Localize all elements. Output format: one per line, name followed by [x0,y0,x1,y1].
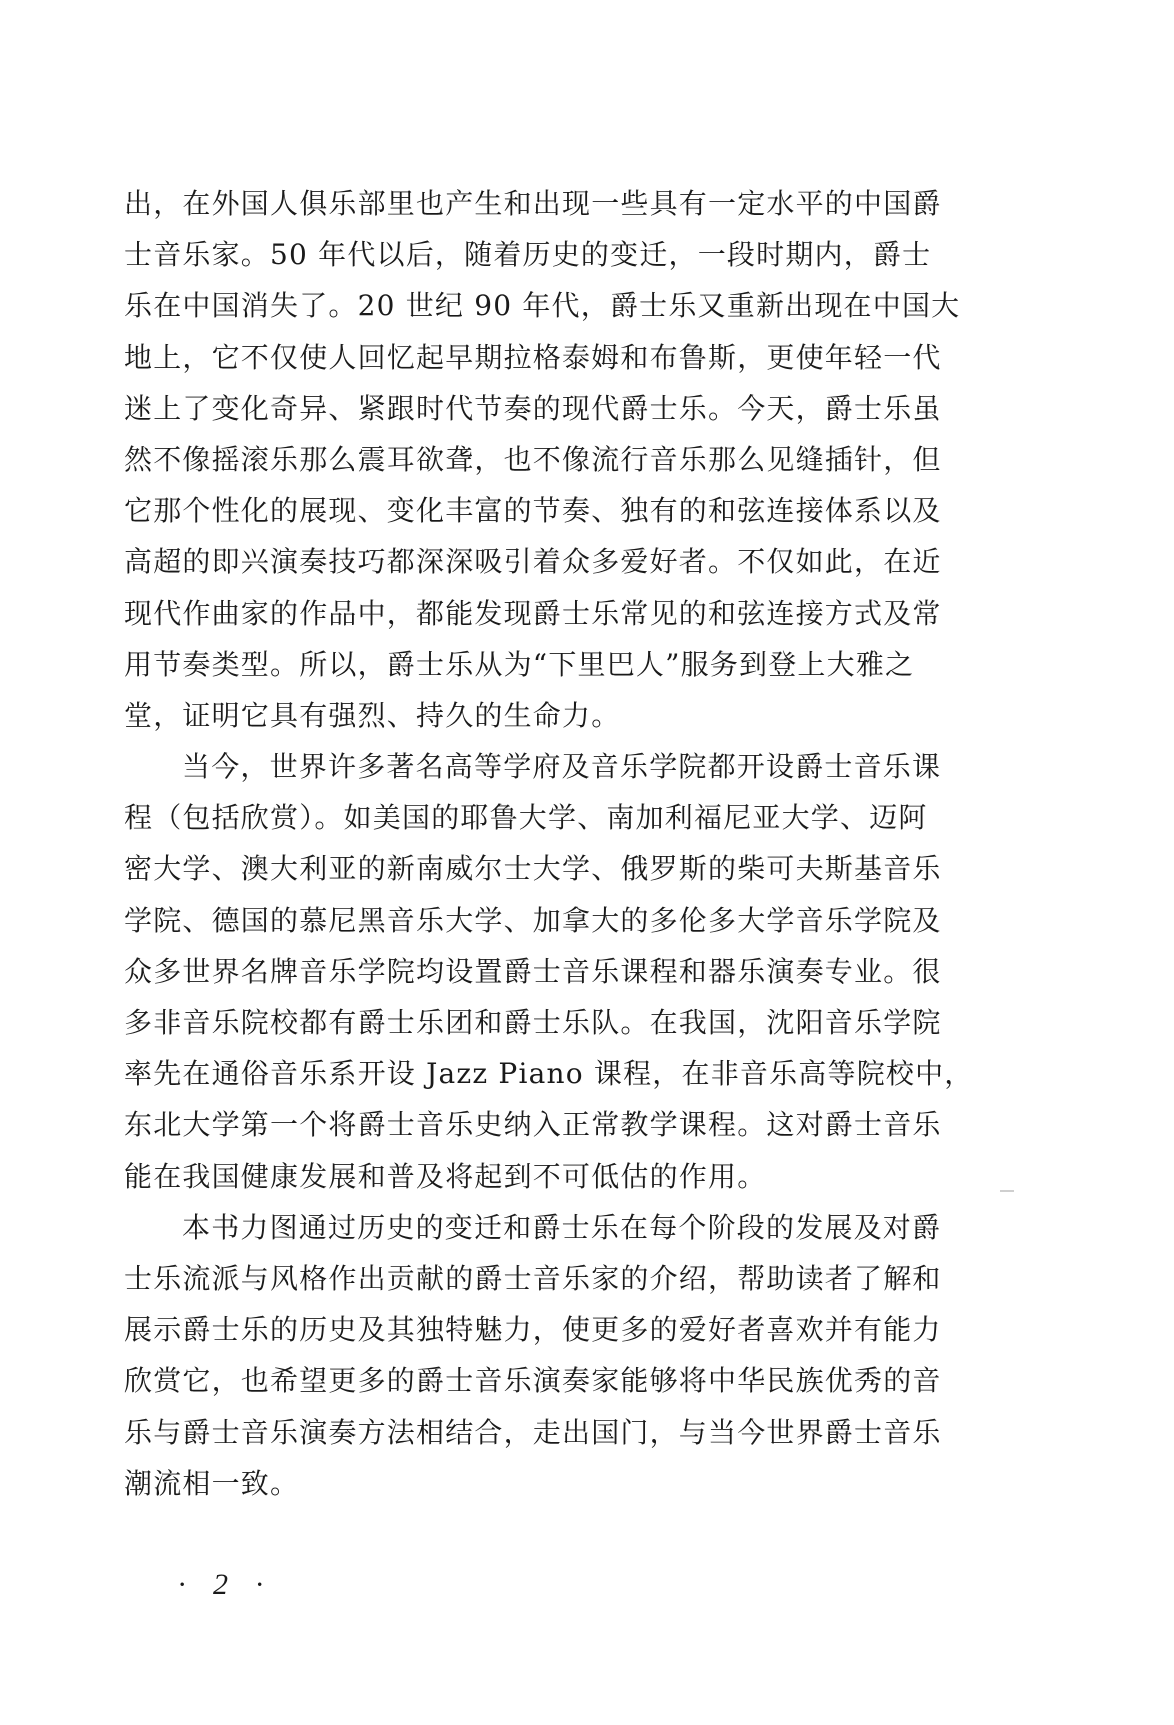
text-line: 多非音乐院校都有爵士乐团和爵士乐队。在我国，沈阳音乐学院 [124,997,934,1048]
text-line: 众多世界名牌音乐学院均设置爵士音乐课程和器乐演奏专业。很 [124,946,934,997]
text-line: 现代作曲家的作品中，都能发现爵士乐常见的和弦连接方式及常 [124,588,934,639]
text-line: 欣赏它，也希望更多的爵士音乐演奏家能够将中华民族优秀的音 [124,1355,934,1406]
text-line: 潮流相一致。 [124,1458,934,1509]
text-line: 率先在通俗音乐系开设 Jazz Piano 课程，在非音乐高等院校中， [124,1048,934,1099]
paragraph-start-line: 当今，世界许多著名高等学府及音乐学院都开设爵士音乐课 [124,741,934,792]
text-line: 出，在外国人俱乐部里也产生和出现一些具有一定水平的中国爵 [124,178,934,229]
text-line: 乐在中国消失了。20 世纪 90 年代，爵士乐又重新出现在中国大 [124,280,934,331]
text-line: 士乐流派与风格作出贡献的爵士音乐家的介绍，帮助读者了解和 [124,1253,934,1304]
body-text: 出，在外国人俱乐部里也产生和出现一些具有一定水平的中国爵 士音乐家。50 年代以… [124,178,934,1509]
text-line: 乐与爵士音乐演奏方法相结合，走出国门，与当今世界爵士音乐 [124,1407,934,1458]
text-line: 它那个性化的展现、变化丰富的节奏、独有的和弦连接体系以及 [124,485,934,536]
text-line: 密大学、澳大利亚的新南威尔士大学、俄罗斯的柴可夫斯基音乐 [124,843,934,894]
text-line: 高超的即兴演奏技巧都深深吸引着众多爱好者。不仅如此，在近 [124,536,934,587]
page-number: · 2 · [178,1568,273,1602]
text-line: 东北大学第一个将爵士音乐史纳入正常教学课程。这对爵士音乐 [124,1099,934,1150]
text-line: 展示爵士乐的历史及其独特魅力，使更多的爱好者喜欢并有能力 [124,1304,934,1355]
paragraph-start-line: 本书力图通过历史的变迁和爵士乐在每个阶段的发展及对爵 [124,1202,934,1253]
text-line: 堂，证明它具有强烈、持久的生命力。 [124,690,934,741]
text-line: 迷上了变化奇异、紧跟时代节奏的现代爵士乐。今天，爵士乐虽 [124,383,934,434]
text-line: 用节奏类型。所以，爵士乐从为“下里巴人”服务到登上大雅之 [124,639,934,690]
scan-artifact [1000,1190,1014,1192]
text-line: 地上，它不仅使人回忆起早期拉格泰姆和布鲁斯，更使年轻一代 [124,332,934,383]
book-page: 出，在外国人俱乐部里也产生和出现一些具有一定水平的中国爵 士音乐家。50 年代以… [0,0,1174,1725]
text-line: 能在我国健康发展和普及将起到不可低估的作用。 [124,1151,934,1202]
text-line: 士音乐家。50 年代以后，随着历史的变迁，一段时期内，爵士 [124,229,934,280]
text-line: 学院、德国的慕尼黑音乐大学、加拿大的多伦多大学音乐学院及 [124,895,934,946]
text-line: 然不像摇滚乐那么震耳欲聋，也不像流行音乐那么见缝插针，但 [124,434,934,485]
text-line: 程（包括欣赏）。如美国的耶鲁大学、南加利福尼亚大学、迈阿 [124,792,934,843]
